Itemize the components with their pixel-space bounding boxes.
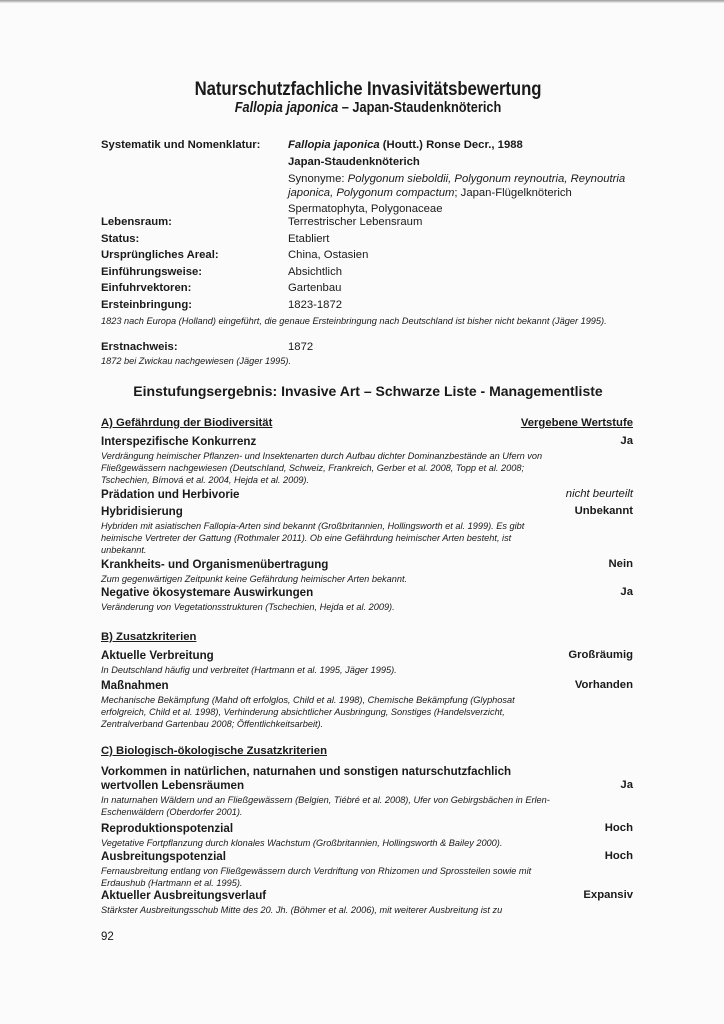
species-author: (Houtt.) Ronse Decr., 1988 [380, 139, 523, 151]
criterion-value: Unbekannt [575, 505, 633, 517]
criterion-description: Zum gegenwärtigen Zeitpunkt keine Gefähr… [101, 573, 551, 585]
criterion-row: Interspezifische KonkurrenzVerdrängung h… [101, 435, 635, 486]
common-name: Japan-Staudenknöterich [288, 156, 633, 168]
criterion-description: In Deutschland häufig und verbreitet (Ha… [101, 664, 551, 676]
criterion-description: Fernausbreitung entlang von Fließgewässe… [101, 865, 551, 889]
meta-value: Gartenbau [288, 282, 633, 294]
subtitle-species: Fallopia japonica [235, 100, 339, 116]
criterion-title: Vorkommen in natürlichen, naturnahen und… [101, 765, 541, 793]
criterion-title: Interspezifische Konkurrenz [101, 435, 541, 449]
meta-label: Ursprüngliches Areal: [101, 249, 219, 261]
ersteinbringung-note: 1823 nach Europa (Holland) eingeführt, d… [101, 315, 631, 327]
classification-result: Einstufungsergebnis: Invasive Art – Schw… [101, 383, 635, 399]
section-heading: A) Gefährdung der Biodiversität [101, 417, 272, 429]
meta-value: Terrestrischer Lebensraum [288, 216, 633, 228]
criterion-title: Aktueller Ausbreitungsverlauf [101, 889, 541, 903]
criterion-title: Krankheits- und Organismenübertragung [101, 558, 541, 572]
meta-value: 1823-1872 [288, 299, 633, 311]
document-subtitle: Fallopia japonica – Japan-Staudenknöteri… [133, 100, 603, 116]
criterion-value: Vorhanden [575, 679, 633, 691]
synonyms-line1: Polygonum sieboldii, Polygonum reynoutri… [348, 173, 626, 185]
criterion-description: Vegetative Fortpflanzung durch klonales … [101, 837, 551, 849]
criterion-title: Maßnahmen [101, 679, 541, 693]
criterion-row: Negative ökosystemare AuswirkungenVeränd… [101, 586, 635, 613]
scientific-name: Fallopia japonica (Houtt.) Ronse Decr., … [288, 139, 633, 151]
criterion-row: Aktuelle VerbreitungIn Deutschland häufi… [101, 649, 635, 676]
criterion-title: Hybridisierung [101, 505, 541, 519]
meta-label: Ersteinbringung: [101, 299, 192, 311]
criterion-title: Prädation und Herbivorie [101, 488, 541, 502]
taxonomy: Spermatophyta, Polygonaceae [288, 203, 633, 215]
meta-value: Etabliert [288, 233, 633, 245]
criterion-value: Großräumig [568, 649, 633, 661]
criterion-row: HybridisierungHybriden mit asiatischen F… [101, 505, 635, 556]
criterion-row: ReproduktionspotenzialVegetative Fortpfl… [101, 822, 635, 849]
criterion-title: Reproduktionspotenzial [101, 822, 541, 836]
meta-value: Absichtlich [288, 266, 633, 278]
criterion-value: Nein [609, 558, 633, 570]
erstnachweis-label: Erstnachweis: [101, 341, 178, 353]
subtitle-common-name: – Japan-Staudenknöterich [338, 100, 501, 116]
scan-edge [0, 0, 724, 3]
synonyms-line2: japonica, Polygonum compactum [288, 187, 454, 199]
criterion-title: Negative ökosystemare Auswirkungen [101, 586, 541, 600]
criterion-description: Hybriden mit asiatischen Fallopia-Arten … [101, 520, 551, 556]
meta-label: Einfuhrvektoren: [101, 282, 191, 294]
erstnachweis-note: 1872 bei Zwickau nachgewiesen (Jäger 199… [101, 355, 631, 367]
criterion-description: Veränderung von Vegetationsstrukturen (T… [101, 601, 551, 613]
page-number: 92 [101, 931, 114, 943]
synonyms-prefix: Synonyme: [288, 173, 348, 185]
criterion-value: nicht beurteilt [566, 488, 633, 500]
synonyms-common: ; Japan-Flügelknöterich [454, 187, 571, 199]
criterion-value: Ja [620, 435, 633, 447]
criterion-value: Hoch [605, 850, 633, 862]
meta-label: Status: [101, 233, 139, 245]
criterion-title: Aktuelle Verbreitung [101, 649, 541, 663]
criterion-row: Krankheits- und OrganismenübertragungZum… [101, 558, 635, 585]
criterion-row: AusbreitungspotenzialFernausbreitung ent… [101, 850, 635, 889]
value-column-header: Vergebene Wertstufe [521, 417, 633, 429]
meta-value: China, Ostasien [288, 249, 633, 261]
criterion-value: Expansiv [583, 889, 633, 901]
erstnachweis-value: 1872 [288, 341, 633, 353]
section-heading: C) Biologisch-ökologische Zusatzkriterie… [101, 745, 327, 757]
criterion-description: Stärkster Ausbreitungsschub Mitte des 20… [101, 904, 551, 916]
criterion-row: Vorkommen in natürlichen, naturnahen und… [101, 765, 635, 818]
criterion-value: Hoch [605, 822, 633, 834]
criterion-value: Ja [620, 586, 633, 598]
meta-label: Lebensraum: [101, 216, 172, 228]
criterion-title: Ausbreitungspotenzial [101, 850, 541, 864]
criterion-row: Prädation und Herbivorienicht beurteilt [101, 488, 635, 502]
criterion-value: Ja [620, 779, 633, 791]
species-name: Fallopia japonica [288, 139, 380, 151]
criterion-row: Aktueller AusbreitungsverlaufStärkster A… [101, 889, 635, 916]
criterion-row: MaßnahmenMechanische Bekämpfung (Mahd of… [101, 679, 635, 730]
section-heading: B) Zusatzkriterien [101, 631, 196, 643]
document-title: Naturschutzfachliche Invasivitätsbewertu… [138, 78, 597, 101]
systematik-label: Systematik und Nomenklatur: [101, 139, 260, 151]
criterion-description: Mechanische Bekämpfung (Mahd oft erfolgl… [101, 694, 551, 730]
criterion-description: Verdrängung heimischer Pflanzen- und Ins… [101, 450, 551, 486]
meta-label: Einführungsweise: [101, 266, 202, 278]
synonyms: Synonyme: Polygonum sieboldii, Polygonum… [288, 172, 633, 200]
criterion-description: In naturnahen Wäldern und an Fließgewäss… [101, 794, 551, 818]
